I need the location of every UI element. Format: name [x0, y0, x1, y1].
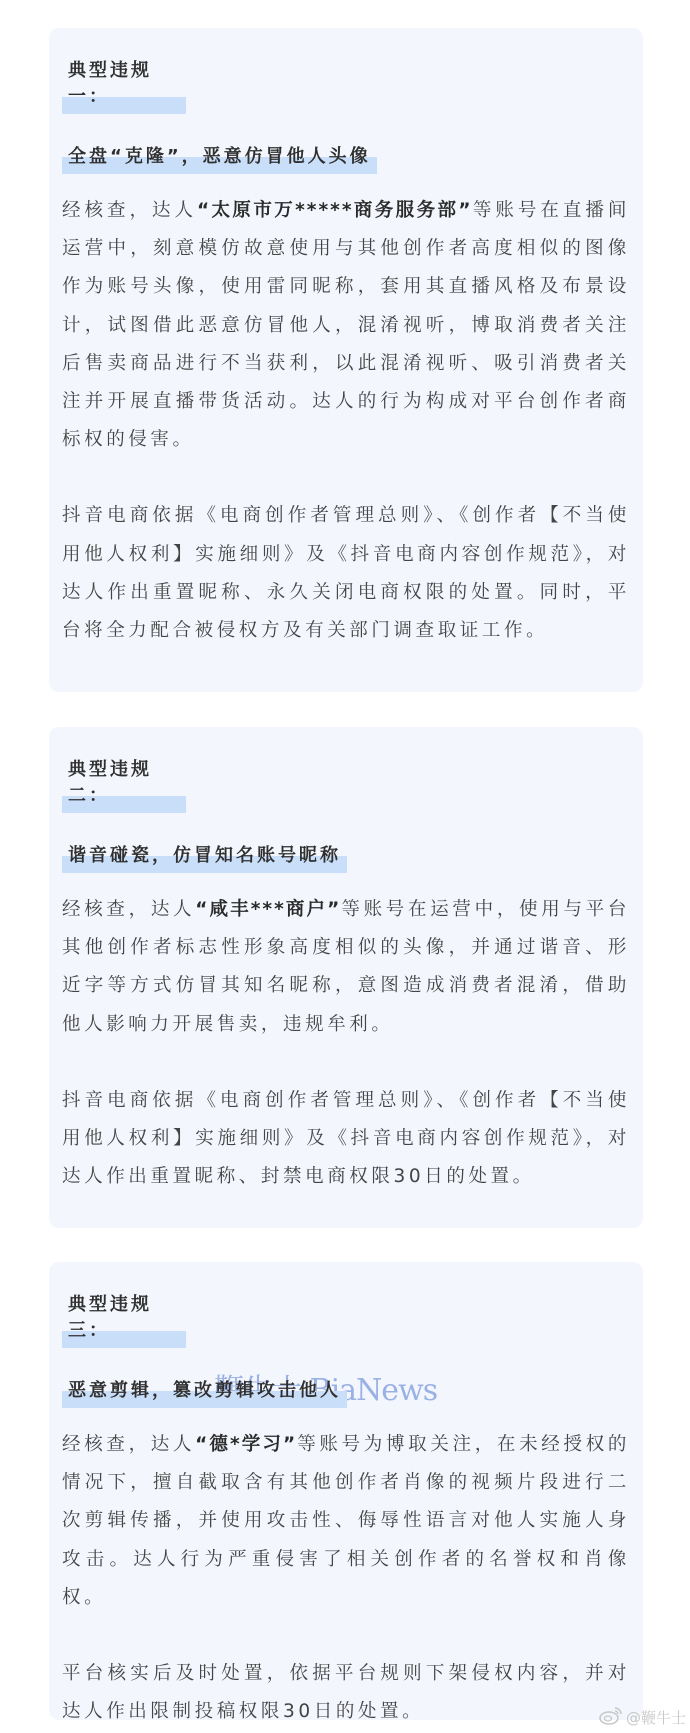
- case-title: 恶意剪辑，篡改剪辑攻击他人: [62, 1376, 347, 1402]
- case-finding: 经核查，达人“咸丰***商户”等账号在运营中，使用与平台其他创作者标志性形象高度…: [62, 891, 630, 1044]
- weibo-handle: @鞭牛士: [626, 1707, 686, 1728]
- case-label: 典型违规一：: [62, 56, 186, 108]
- case-card-3: 典型违规三： 恶意剪辑，篡改剪辑攻击他人 经核查，达人“德*学习”等账号为博取关…: [49, 1262, 643, 1720]
- case-title: 谐音碰瓷，仿冒知名账号昵称: [62, 841, 347, 867]
- case-penalty: 平台核实后及时处置，依据平台规则下架侵权内容，并对达人作出限制投稿权限30日的处…: [62, 1655, 630, 1731]
- case-label: 典型违规三：: [62, 1290, 186, 1342]
- case-label: 典型违规二：: [62, 755, 186, 807]
- case-finding: 经核查，达人“太原市万*****商务服务部”等账号在直播间运营中，刻意模仿故意使…: [62, 192, 630, 459]
- weibo-logo-icon: [599, 1705, 623, 1729]
- account-name: “太原市万*****商务服务部”: [197, 200, 473, 221]
- case-penalty: 抖音电商依据《电商创作者管理总则》、《创作者【不当使用他人权利】实施细则》及《抖…: [62, 1082, 630, 1197]
- weibo-attribution: @鞭牛士: [599, 1705, 686, 1729]
- account-name: “德*学习”: [195, 1434, 297, 1455]
- case-card-1: 典型违规一： 全盘“克隆”，恶意仿冒他人头像 经核查，达人“太原市万*****商…: [49, 28, 643, 692]
- case-penalty: 抖音电商依据《电商创作者管理总则》、《创作者【不当使用他人权利】实施细则》及《抖…: [62, 497, 630, 650]
- case-title: 全盘“克隆”，恶意仿冒他人头像: [62, 142, 377, 168]
- case-finding: 经核查，达人“德*学习”等账号为博取关注，在未经授权的情况下，擅自截取含有其他创…: [62, 1426, 630, 1617]
- case-card-2: 典型违规二： 谐音碰瓷，仿冒知名账号昵称 经核查，达人“咸丰***商户”等账号在…: [49, 727, 643, 1228]
- account-name: “咸丰***商户”: [195, 899, 341, 920]
